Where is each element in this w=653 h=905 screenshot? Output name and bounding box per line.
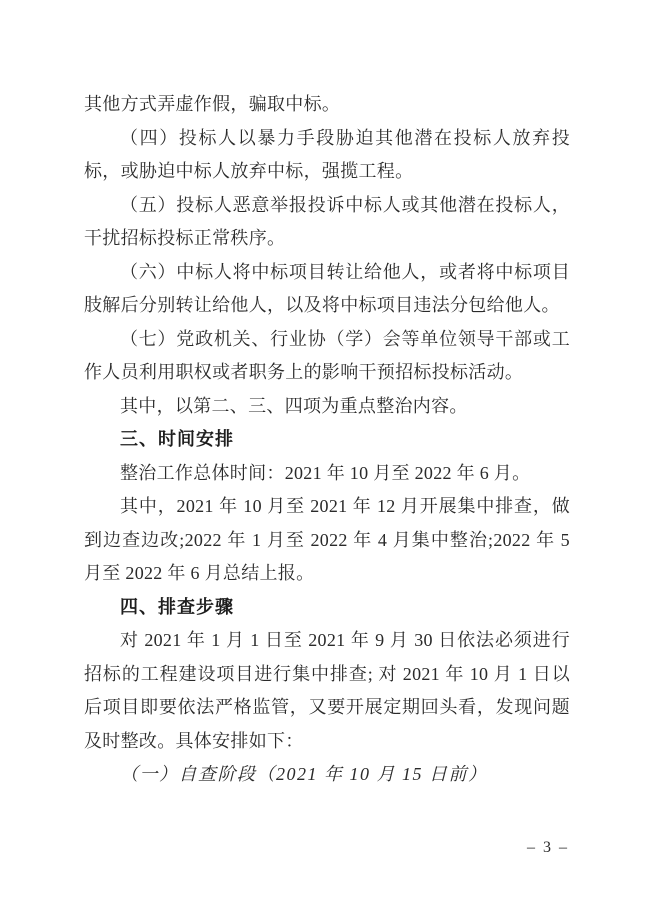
body-paragraph-item-4: （四）投标人以暴力手段胁迫其他潜在投标人放弃投标，或胁迫中标人放弃中标，强揽工程…: [84, 122, 570, 189]
body-paragraph-item-5: （五）投标人恶意举报投诉中标人或其他潜在投标人，干扰招标投标正常秩序。: [84, 189, 570, 256]
scanned-document-page: 其他方式弄虚作假，骗取中标。 （四）投标人以暴力手段胁迫其他潜在投标人放弃投标，…: [0, 0, 653, 905]
body-paragraph-key-items: 其中，以第二、三、四项为重点整治内容。: [84, 390, 570, 424]
page-number: – 3 –: [527, 838, 569, 858]
body-paragraph-item-7: （七）党政机关、行业协（学）会等单位领导干部或工作人员利用职权或者职务上的影响干…: [84, 323, 570, 390]
body-paragraph-schedule-phases: 其中，2021 年 10 月至 2021 年 12 月开展集中排查，做到边查边改…: [84, 490, 570, 591]
body-paragraph-item-6: （六）中标人将中标项目转让给他人，或者将中标项目肢解后分别转让给他人，以及将中标…: [84, 256, 570, 323]
section-heading-inspection-steps: 四、排查步骤: [84, 591, 570, 625]
section-heading-time-arrangement: 三、时间安排: [84, 423, 570, 457]
body-paragraph-overall-schedule: 整治工作总体时间：2021 年 10 月至 2022 年 6 月。: [84, 457, 570, 491]
body-paragraph-inspection-scope: 对 2021 年 1 月 1 日至 2021 年 9 月 30 日依法必须进行招…: [84, 624, 570, 758]
document-text-block: 其他方式弄虚作假，骗取中标。 （四）投标人以暴力手段胁迫其他潜在投标人放弃投标，…: [84, 88, 570, 792]
body-paragraph-continuation: 其他方式弄虚作假，骗取中标。: [84, 88, 570, 122]
subsection-heading-self-check-phase: （一）自查阶段（2021 年 10 月 15 日前）: [84, 758, 570, 792]
